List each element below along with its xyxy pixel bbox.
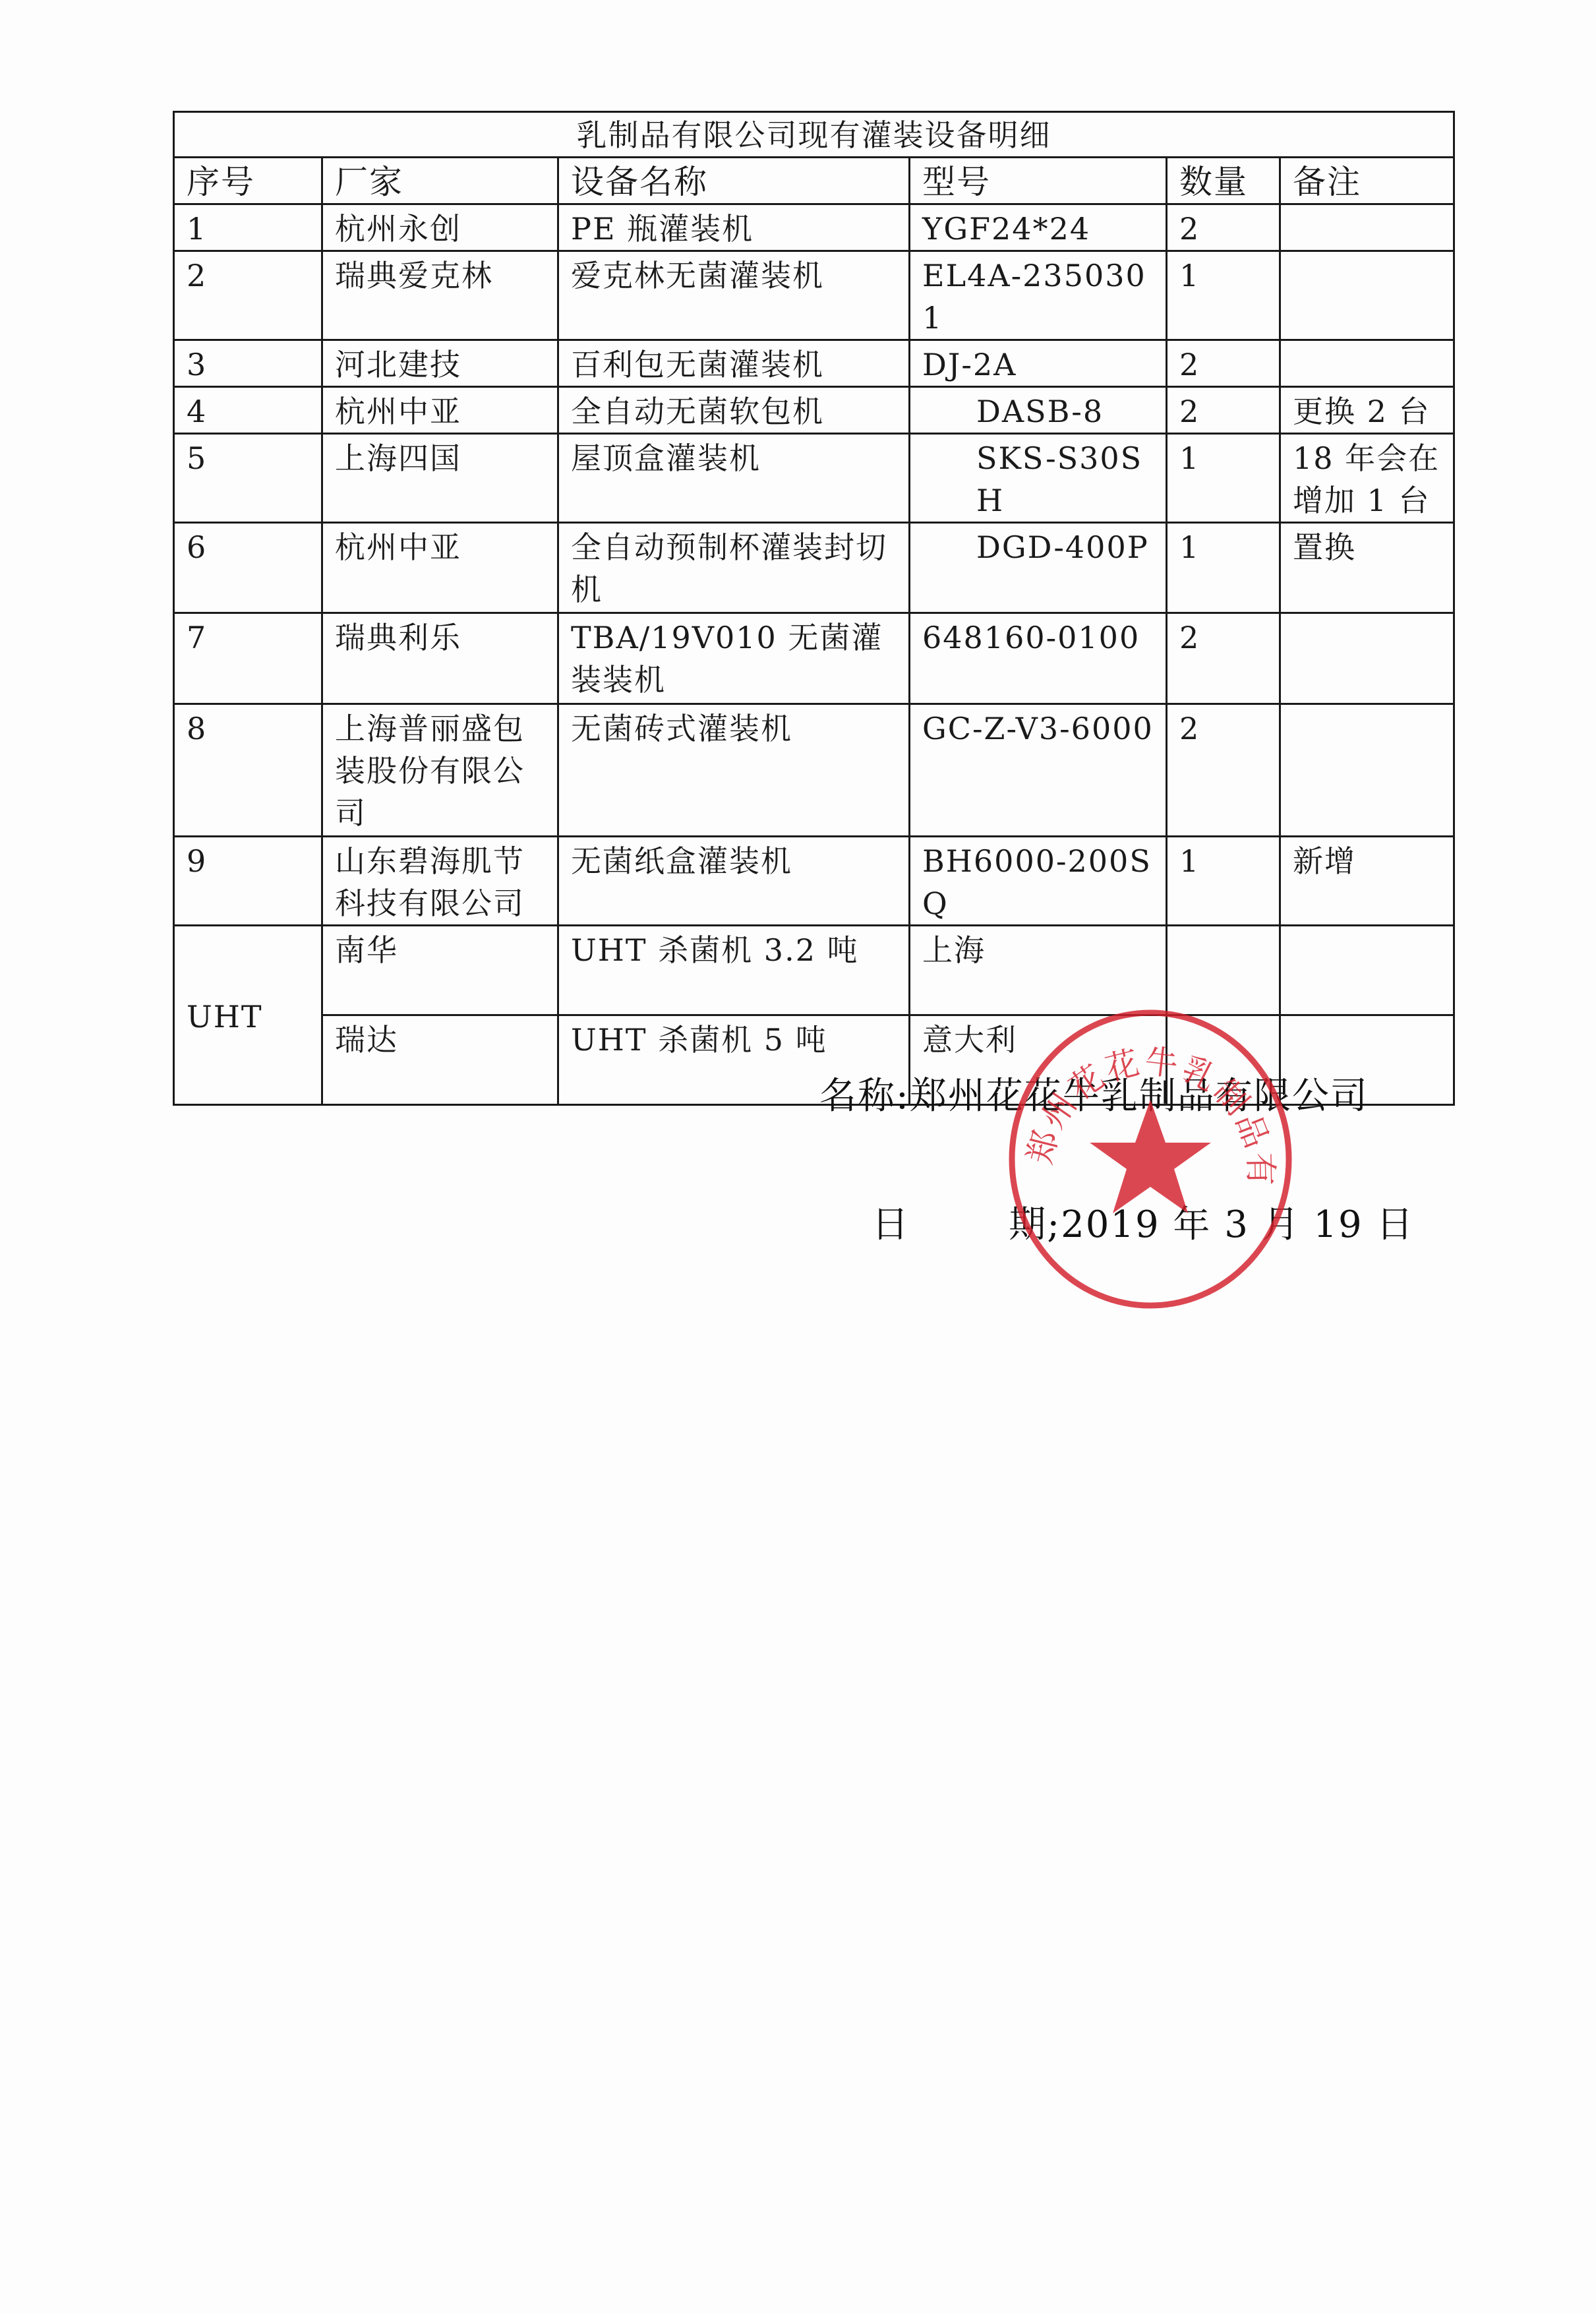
column-header-model: 型号 [910,158,1167,204]
date-label-first: 日 [872,1203,910,1246]
cell-model: DGD-400P [910,523,1167,613]
cell-model: DJ-2A [910,340,1167,387]
cell-model: 648160-0100 [910,613,1167,704]
cell-maker: 上海四国 [322,434,558,523]
cell-no: 6 [174,523,322,613]
column-header-maker: 厂家 [322,158,558,204]
cell-qty: 1 [1167,523,1280,613]
company-name-line: 名称:郑州花花牛乳制品有限公司 [819,1067,1369,1120]
column-header-no: 序号 [174,158,322,204]
cell-note: 新增 [1280,837,1454,926]
table-row-uht: UHT 南华 UHT 杀菌机 3.2 吨 上海 [174,926,1454,1015]
cell-equipment: 全自动预制杯灌装封切机 [558,523,910,613]
table-row: 9 山东碧海肌节科技有限公司 无菌纸盒灌装机 BH6000-200SQ 1 新增 [174,837,1454,926]
cell-qty: 2 [1167,613,1280,704]
cell-qty: 1 [1167,837,1280,926]
cell-qty: 1 [1167,434,1280,523]
cell-qty: 2 [1167,387,1280,434]
table-title: 乳制品有限公司现有灌装设备明细 [174,112,1454,158]
table-row: 8 上海普丽盛包装股份有限公司 无菌砖式灌装机 GC-Z-V3-6000 2 [174,704,1454,837]
cell-note [1280,204,1454,251]
cell-model: DASB-8 [910,387,1167,434]
cell-note: 更换 2 台 [1280,387,1454,434]
table-row: 7 瑞典利乐 TBA/19V010 无菌灌装装机 648160-0100 2 [174,613,1454,704]
cell-no: 8 [174,704,322,837]
cell-model: GC-Z-V3-6000 [910,704,1167,837]
column-header-equipment: 设备名称 [558,158,910,204]
table-row: 3 河北建技 百利包无菌灌装机 DJ-2A 2 [174,340,1454,387]
cell-equipment: TBA/19V010 无菌灌装装机 [558,613,910,704]
cell-maker: 上海普丽盛包装股份有限公司 [322,704,558,837]
cell-qty: 2 [1167,204,1280,251]
cell-no: 4 [174,387,322,434]
cell-note [1280,613,1454,704]
cell-note: 18 年会在增加 1 台 [1280,434,1454,523]
cell-maker: 瑞达 [322,1015,558,1105]
table-row: 6 杭州中亚 全自动预制杯灌装封切机 DGD-400P 1 置换 [174,523,1454,613]
cell-note [1280,704,1454,837]
cell-equipment: 屋顶盒灌装机 [558,434,910,523]
table-row: 2 瑞典爱克林 爱克林无菌灌装机 EL4A-2350301 1 [174,251,1454,340]
cell-note: 置换 [1280,523,1454,613]
cell-no: 5 [174,434,322,523]
cell-uht-category: UHT [174,926,322,1105]
cell-model: EL4A-2350301 [910,251,1167,340]
cell-note [1280,926,1454,1015]
cell-qty: 1 [1167,251,1280,340]
cell-equipment: 爱克林无菌灌装机 [558,251,910,340]
cell-no: 9 [174,837,322,926]
date-value: 2019 年 3 月 19 日 [1061,1203,1414,1246]
cell-maker: 山东碧海肌节科技有限公司 [322,837,558,926]
cell-qty: 2 [1167,340,1280,387]
cell-model: BH6000-200SQ [910,837,1167,926]
cell-equipment: PE 瓶灌装机 [558,204,910,251]
table-row: 1 杭州永创 PE 瓶灌装机 YGF24*24 2 [174,204,1454,251]
cell-equipment: 无菌纸盒灌装机 [558,837,910,926]
equipment-table: 乳制品有限公司现有灌装设备明细 序号 厂家 设备名称 型号 数量 备注 1 杭州… [173,111,1455,1106]
cell-no: 3 [174,340,322,387]
cell-model: SKS-S30SH [910,434,1167,523]
company-name-value: 郑州花花牛乳制品有限公司 [910,1075,1369,1118]
table-header-row: 序号 厂家 设备名称 型号 数量 备注 [174,158,1454,204]
cell-maker: 杭州中亚 [322,523,558,613]
cell-no: 2 [174,251,322,340]
cell-equipment: UHT 杀菌机 3.2 吨 [558,926,910,1015]
date-label-second: 期; [1009,1203,1061,1246]
cell-no: 1 [174,204,322,251]
table-title-row: 乳制品有限公司现有灌装设备明细 [174,112,1454,158]
cell-no: 7 [174,613,322,704]
cell-note [1280,340,1454,387]
column-header-note: 备注 [1280,158,1454,204]
cell-equipment: 百利包无菌灌装机 [558,340,910,387]
cell-maker: 杭州永创 [322,204,558,251]
cell-note [1280,251,1454,340]
cell-maker: 瑞典利乐 [322,613,558,704]
table-row: 4 杭州中亚 全自动无菌软包机 DASB-8 2 更换 2 台 [174,387,1454,434]
company-name-label: 名称: [819,1075,910,1118]
date-line: 日期;2019 年 3 月 19 日 [819,1153,1414,1291]
cell-qty: 2 [1167,704,1280,837]
cell-model: 上海 [910,926,1167,1015]
cell-qty [1167,926,1280,1015]
table-row: 5 上海四国 屋顶盒灌装机 SKS-S30SH 1 18 年会在增加 1 台 [174,434,1454,523]
column-header-qty: 数量 [1167,158,1280,204]
cell-maker: 河北建技 [322,340,558,387]
cell-maker: 瑞典爱克林 [322,251,558,340]
cell-equipment: 全自动无菌软包机 [558,387,910,434]
document-page: 乳制品有限公司现有灌装设备明细 序号 厂家 设备名称 型号 数量 备注 1 杭州… [0,0,1596,2313]
cell-equipment: 无菌砖式灌装机 [558,704,910,837]
cell-maker: 杭州中亚 [322,387,558,434]
cell-model: YGF24*24 [910,204,1167,251]
cell-maker: 南华 [322,926,558,1015]
